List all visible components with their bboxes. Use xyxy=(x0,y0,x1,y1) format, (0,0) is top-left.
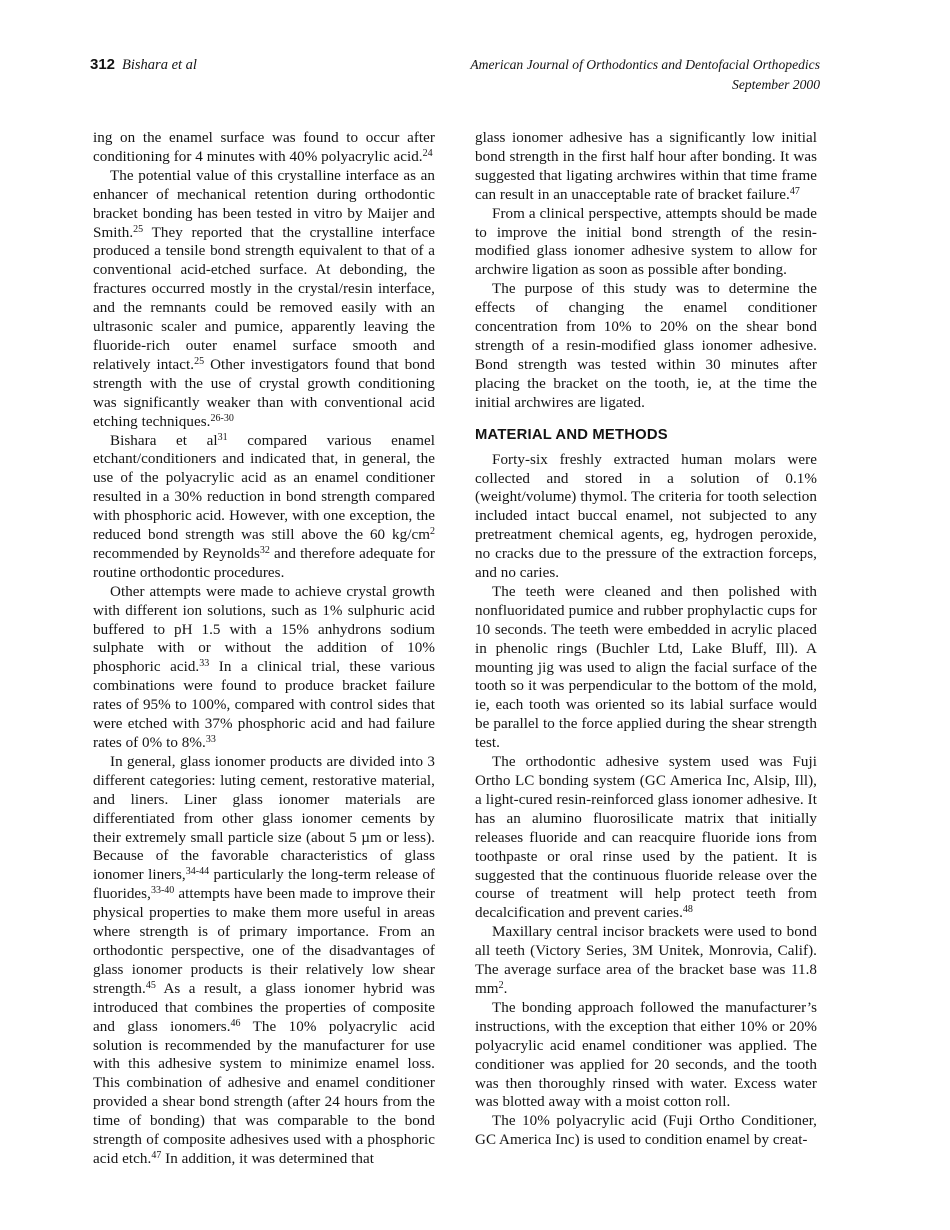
running-head-left: 312Bishara et al xyxy=(90,56,197,74)
paragraph: Bishara et al31 compared various enamel … xyxy=(93,432,435,583)
reference-superscript: 46 xyxy=(231,1018,241,1029)
paragraph: The teeth were cleaned and then polished… xyxy=(475,583,817,753)
running-head-right: American Journal of Orthodontics and Den… xyxy=(470,55,820,95)
reference-superscript: 32 xyxy=(260,545,270,556)
right-column: glass ionomer adhesive has a significant… xyxy=(475,129,817,1150)
reference-superscript: 34-44 xyxy=(186,866,209,877)
paragraph: The 10% polyacrylic acid (Fuji Ortho Con… xyxy=(475,1112,817,1150)
reference-superscript: 31 xyxy=(218,432,228,443)
paragraph: From a clinical perspective, attempts sh… xyxy=(475,205,817,281)
paragraph: Other attempts were made to achieve crys… xyxy=(93,583,435,753)
reference-superscript: 25 xyxy=(133,224,143,235)
reference-superscript: 45 xyxy=(146,980,156,991)
reference-superscript: 33 xyxy=(206,734,216,745)
paragraph: The orthodontic adhesive system used was… xyxy=(475,753,817,923)
issue-date: September 2000 xyxy=(470,75,820,95)
paragraph: Maxillary central incisor brackets were … xyxy=(475,923,817,999)
reference-superscript: 33 xyxy=(199,658,209,669)
reference-superscript: 48 xyxy=(683,904,693,915)
paragraph: The bonding approach followed the manufa… xyxy=(475,999,817,1112)
paragraph: The purpose of this study was to determi… xyxy=(475,280,817,412)
paragraph: In general, glass ionomer products are d… xyxy=(93,753,435,1169)
reference-superscript: 2 xyxy=(430,526,435,537)
journal-page: 312Bishara et al American Journal of Ort… xyxy=(0,0,950,1230)
reference-superscript: 25 xyxy=(194,356,204,367)
reference-superscript: 47 xyxy=(790,186,800,197)
paragraph: The potential value of this crystalline … xyxy=(93,167,435,432)
journal-title: American Journal of Orthodontics and Den… xyxy=(470,55,820,75)
reference-superscript: 33-40 xyxy=(151,885,174,896)
reference-superscript: 2 xyxy=(499,980,504,991)
paragraph: glass ionomer adhesive has a significant… xyxy=(475,129,817,205)
paragraph: ing on the enamel surface was found to o… xyxy=(93,129,435,167)
reference-superscript: 24 xyxy=(423,148,433,159)
paragraph: Forty-six freshly extracted human molars… xyxy=(475,451,817,583)
reference-superscript: 26-30 xyxy=(210,413,233,424)
running-head-authors: Bishara et al xyxy=(122,57,197,73)
section-heading: MATERIAL AND METHODS xyxy=(475,426,817,444)
page-number: 312 xyxy=(90,56,115,73)
reference-superscript: 47 xyxy=(151,1150,161,1161)
left-column: ing on the enamel surface was found to o… xyxy=(93,129,435,1169)
